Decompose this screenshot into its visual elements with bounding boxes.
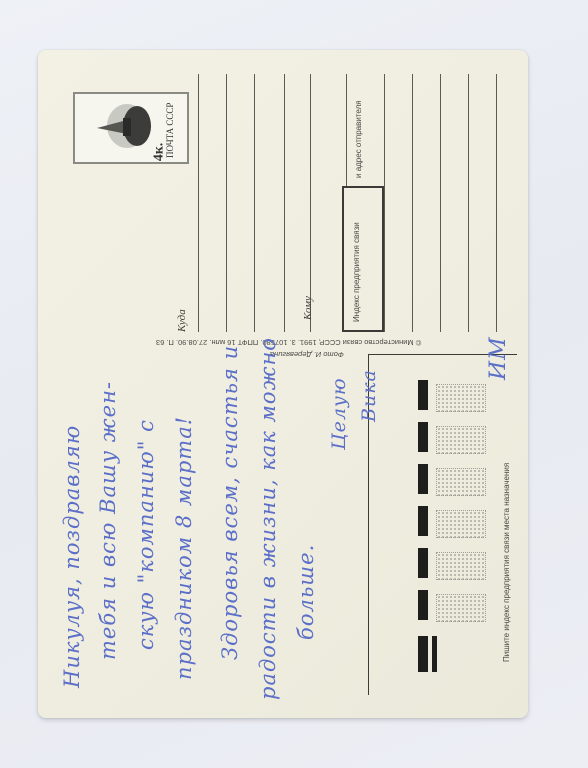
address-line [384, 74, 385, 332]
index-bar [418, 548, 428, 578]
signature-line-1: Целую [328, 377, 350, 450]
to-whom-label: Кому [302, 296, 314, 320]
to-where-label: Куда [176, 309, 188, 332]
address-line [226, 74, 227, 332]
kremlin-tower-icon [93, 100, 155, 154]
address-line [284, 74, 285, 332]
address-line [496, 74, 497, 332]
signature-line-2: Вика [358, 369, 380, 422]
address-line [468, 74, 469, 332]
address-line [412, 74, 413, 332]
index-bar [418, 590, 428, 620]
message-line-3: скую "компанию" с [134, 419, 158, 650]
postcard: ПОЧТА СССР 4к. Куда Кому Индекс предприя… [38, 50, 528, 718]
message-line-1: Никулуя, поздравляю [60, 425, 84, 688]
index-digit-grid [436, 510, 486, 538]
message-line-2: тебя и всю Вашу жен- [96, 381, 120, 660]
publisher-line: © Министерство связи СССР, 1991. 3. 1075… [156, 338, 421, 347]
message-line-4: праздником 8 марта! [172, 416, 196, 680]
address-line [254, 74, 255, 332]
stamp-country-text: ПОЧТА СССР [165, 96, 185, 158]
message-line-6: радости в жизни, как можно [256, 337, 280, 700]
photo-credit: Фото И. Деревягина [270, 350, 344, 359]
index-bar [432, 636, 437, 672]
address-line [310, 74, 311, 332]
postage-stamp: ПОЧТА СССР 4к. [73, 92, 189, 164]
index-bar [418, 464, 428, 494]
index-bar [418, 380, 428, 410]
sender-index-label: Индекс предприятия связи [352, 222, 361, 322]
address-line [346, 74, 347, 186]
message-line-5: Здоровья всем, счастья и [218, 345, 242, 660]
sender-index-box [342, 186, 384, 332]
index-digit-grid [436, 468, 486, 496]
address-line [198, 74, 199, 332]
address-line [440, 74, 441, 332]
address-scrawl: ИМ [486, 336, 511, 380]
index-digit-grid [436, 594, 486, 622]
message-line-7: больше. [294, 544, 318, 640]
index-digit-grid [436, 384, 486, 412]
index-bar [418, 422, 428, 452]
index-bar [418, 506, 428, 536]
index-digit-grid [436, 426, 486, 454]
index-bar [418, 636, 428, 672]
stamp-denomination: 4к. [152, 143, 168, 162]
index-digit-grid [436, 552, 486, 580]
sender-address-label: и адрес отправителя [354, 100, 363, 178]
